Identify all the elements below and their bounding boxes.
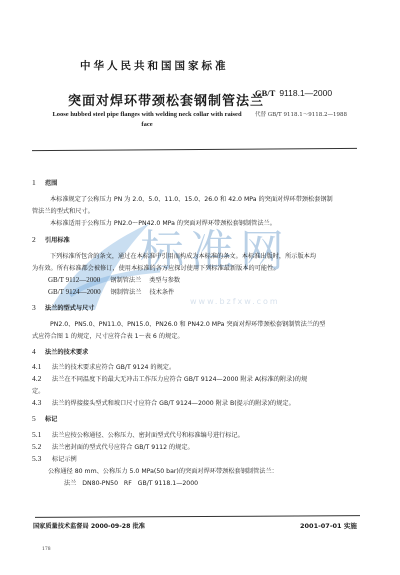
standard-number: 9118.1—2000 — [279, 88, 332, 98]
reference-desc: 类型与参数 — [149, 277, 180, 284]
section-1-para-2: 本标准适用于公称压力 PN2.0～PN42.0 MPa 的突面对焊环带颈松套钢制… — [50, 218, 276, 227]
clause-4-1: 4.1法兰的技术要求应符合 GB/T 9124 的规定。 — [32, 362, 175, 371]
marking-example-description: 公称通径 80 mm、公称压力 5.0 MPa(50 bar)的突面对焊环带颈松… — [48, 466, 278, 475]
standard-code: GB/T9118.1—2000 — [255, 88, 332, 98]
clause-text: 法兰密封面的型式代号应符合 GB/T 9112 的规定。 — [52, 444, 194, 451]
clause-5-1: 5.1法兰应按公称通径、公称压力、密封面型式代号和标准编号进行标记。 — [32, 430, 244, 439]
reference-desc: 技术条件 — [149, 289, 174, 296]
reference-name: 钢制管法兰 — [111, 289, 142, 296]
reference-row: GB/T 9112—2000 钢制管法兰 类型与参数 — [48, 275, 180, 284]
clause-5-2: 5.2法兰密封面的型式代号应符合 GB/T 9112 的规定。 — [32, 442, 194, 451]
implementation-date: 2001-07-01 实施 — [300, 521, 357, 530]
section-number: 1 — [32, 178, 45, 187]
section-number: 5 — [32, 414, 45, 423]
section-2-heading: 2引用标准 — [32, 235, 70, 244]
standard-prefix: GB/T — [255, 88, 275, 98]
watermark-subtext: www.bzfxw.com — [190, 297, 280, 306]
document-title-cn: 突面对焊环带颈松套钢制管法兰 — [68, 90, 264, 109]
clause-4-2-cont: 定。 — [32, 386, 44, 395]
section-2-para-1-cont: 为有效。所有标准都会被修订，使用本标准的各方应探讨使用下列标准最新版本的可能性。 — [32, 263, 280, 272]
section-1-para-1: 本标准规定了公称压力 PN 为 2.0、5.0、11.0、15.0、26.0 和… — [50, 194, 333, 203]
clause-text: 法兰应按公称通径、公称压力、密封面型式代号和标准编号进行标记。 — [52, 432, 244, 439]
footer-divider — [35, 515, 360, 518]
clause-text: 法兰在不同温度下的最大无冲击工作压力应符合 GB/T 9124—2000 附录 … — [52, 376, 307, 383]
section-5-heading: 5标记 — [32, 414, 57, 423]
section-title: 范围 — [45, 180, 57, 187]
section-2-para-1: 下列标准所包含的条文，通过在本标准中引用而构成为本标准的条文。本标准出版时，所示… — [50, 251, 316, 260]
clause-text: 标记示例 — [52, 456, 77, 463]
section-title: 法兰的型式与尺寸 — [45, 305, 95, 312]
section-1-heading: 1范围 — [32, 178, 57, 187]
section-title: 标记 — [45, 416, 57, 423]
clause-text: 法兰的焊接接头型式和坡口尺寸应符合 GB/T 9124—2000 附录 B(提示… — [52, 400, 295, 407]
clause-number: 5.2 — [32, 442, 52, 451]
clause-number: 4.3 — [32, 398, 52, 407]
document-title-en: Loose hubbed steel pipe flanges with wel… — [52, 110, 242, 130]
header-divider — [32, 148, 357, 151]
replaces-note: 代替 GB/T 9118.1～9118.2—1988 — [255, 110, 347, 118]
section-1-para-1-cont: 管法兰的型式和尺寸。 — [32, 206, 94, 215]
marking-example: 法兰 DN80-PN50 RF GB/T 9118.1—2000 — [64, 478, 198, 487]
section-number: 2 — [32, 235, 45, 244]
reference-code: GB/T 9112—2000 — [48, 276, 100, 284]
section-number: 3 — [32, 303, 45, 312]
clause-text: 法兰的技术要求应符合 GB/T 9124 的规定。 — [52, 364, 175, 371]
section-number: 4 — [32, 347, 45, 356]
reference-code: GB/T 9124—2000 — [48, 288, 101, 296]
section-3-para-1-cont: 式应符合图 1 的规定，尺寸应符合表 1～表 6 的规定。 — [32, 331, 184, 340]
section-3-heading: 3法兰的型式与尺寸 — [32, 303, 95, 312]
clause-number: 5.1 — [32, 430, 52, 439]
national-standard-label: 中华人民共和国国家标准 — [80, 58, 229, 73]
section-title: 法兰的技术要求 — [45, 349, 88, 356]
section-title: 引用标准 — [45, 237, 70, 244]
clause-4-3: 4.3法兰的焊接接头型式和坡口尺寸应符合 GB/T 9124—2000 附录 B… — [32, 398, 295, 407]
clause-number: 4.2 — [32, 374, 52, 383]
reference-name: 钢制管法兰 — [110, 277, 141, 284]
page-number: 178 — [42, 547, 51, 552]
clause-number: 5.3 — [32, 454, 52, 463]
reference-row: GB/T 9124—2000 钢制管法兰 技术条件 — [48, 287, 174, 296]
clause-5-3: 5.3标记示例 — [32, 454, 77, 463]
section-3-para-1: PN2.0、PN5.0、PN11.0、PN15.0、PN26.0 和 PN42.… — [50, 319, 325, 328]
clause-number: 4.1 — [32, 362, 52, 371]
approval-date: 国家质量技术监督局 2000-09-28 批准 — [33, 521, 145, 530]
clause-4-2: 4.2法兰在不同温度下的最大无冲击工作压力应符合 GB/T 9124—2000 … — [32, 374, 307, 383]
section-4-heading: 4法兰的技术要求 — [32, 347, 88, 356]
